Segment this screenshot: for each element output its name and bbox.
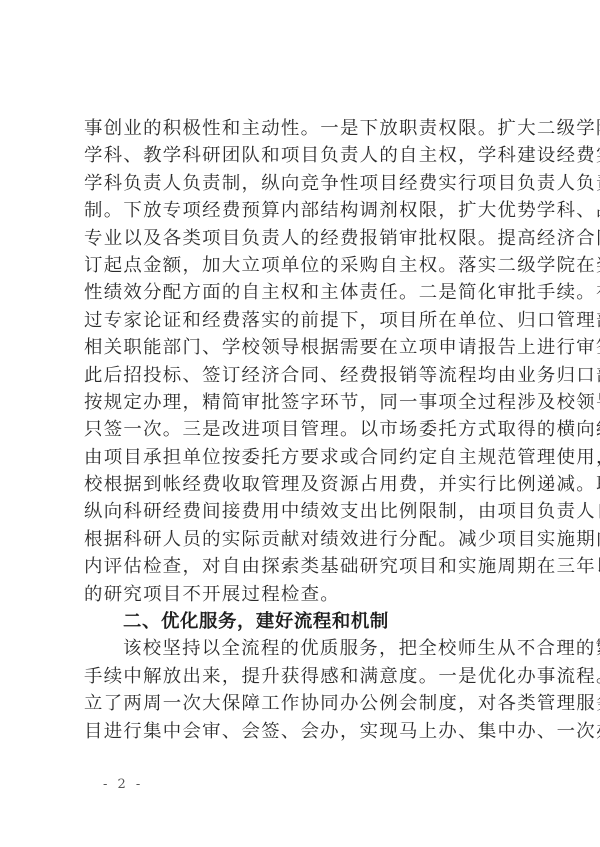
section-heading: 二、优化服务，建好流程和机制	[84, 608, 524, 635]
text-line: 按规定办理，精简审批签字环节，同一事项全过程涉及校领导的	[84, 389, 524, 416]
text-line: 制。下放专项经费预算内部结构调剂权限，扩大优势学科、品牌	[84, 197, 524, 224]
text-line: 内评估检查，对自由探索类基础研究项目和实施周期在三年以内	[84, 553, 524, 580]
text-line: 学科负责人负责制，纵向竞争性项目经费实行项目负责人负责	[84, 170, 524, 197]
text-line: 的研究项目不开展过程检查。	[84, 581, 524, 608]
text-line: 性绩效分配方面的自主权和主体责任。二是简化审批手续。在通	[84, 279, 524, 306]
text-line: 专业以及各类项目负责人的经费报销审批权限。提高经济合同签	[84, 225, 524, 252]
text-line: 根据科研人员的实际贡献对绩效进行分配。减少项目实施期内校	[84, 526, 524, 553]
text-line: 事创业的积极性和主动性。一是下放职责权限。扩大二级学院、	[84, 115, 524, 142]
text-line: 过专家论证和经费落实的前提下，项目所在单位、归口管理部门、	[84, 307, 524, 334]
text-line: 相关职能部门、学校领导根据需要在立项申请报告上进行审签，	[84, 334, 524, 361]
text-line: 订起点金额，加大立项单位的采购自主权。落实二级学院在奖励	[84, 252, 524, 279]
text-line: 学科、教学科研团队和项目负责人的自主权，学科建设经费实行	[84, 142, 524, 169]
text-line: 此后招投标、签订经济合同、经费报销等流程均由业务归口部门	[84, 362, 524, 389]
document-page: 事创业的积极性和主动性。一是下放职责权限。扩大二级学院、 学科、教学科研团队和项…	[84, 115, 524, 745]
text-line: 立了两周一次大保障工作协同办公例会制度，对各类管理服务项	[84, 690, 524, 717]
text-line: 只签一次。三是改进项目管理。以市场委托方式取得的横向经费，	[84, 416, 524, 443]
text-line: 该校坚持以全流程的优质服务，把全校师生从不合理的繁琐	[84, 635, 524, 662]
page-number: - 2 -	[103, 777, 143, 792]
text-line: 手续中解放出来，提升获得感和满意度。一是优化办事流程。建	[84, 663, 524, 690]
text-line: 纵向科研经费间接费用中绩效支出比例限制，由项目负责人自主	[84, 498, 524, 525]
text-line: 由项目承担单位按委托方要求或合同约定自主规范管理使用，学	[84, 444, 524, 471]
paragraph-reform-measures: 事创业的积极性和主动性。一是下放职责权限。扩大二级学院、 学科、教学科研团队和项…	[84, 115, 524, 608]
text-line: 目进行集中会审、会签、会办，实现马上办、集中办、一次办。	[84, 718, 524, 745]
paragraph-optimize-service: 该校坚持以全流程的优质服务，把全校师生从不合理的繁琐 手续中解放出来，提升获得感…	[84, 635, 524, 745]
text-line: 校根据到帐经费收取管理及资源占用费，并实行比例递减。取消	[84, 471, 524, 498]
